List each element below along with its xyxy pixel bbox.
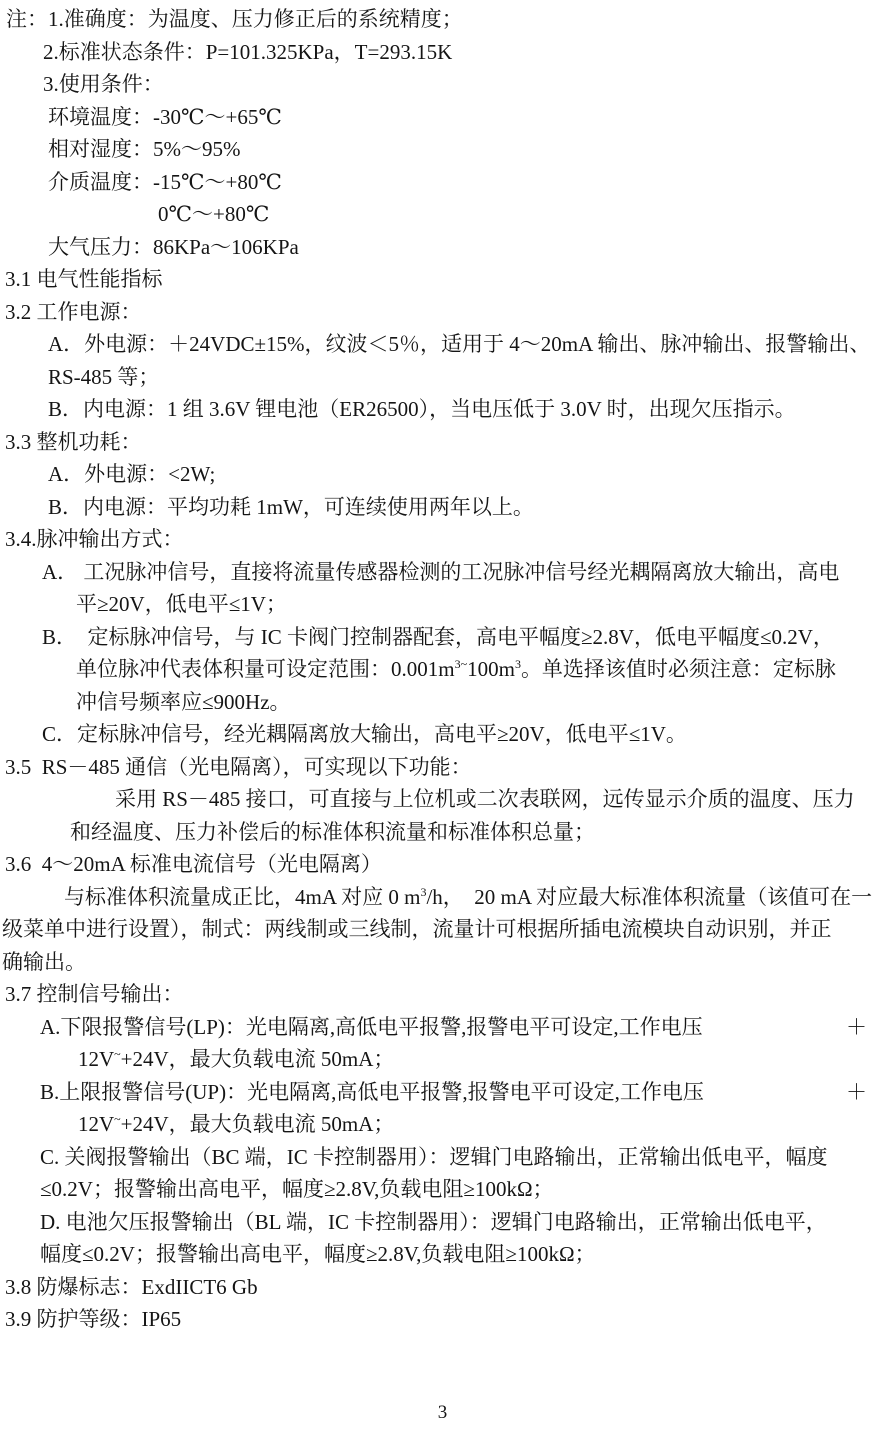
text-line: 3.5 RS－485 通信（光电隔离），可实现以下功能：: [0, 751, 879, 784]
text-run: A．外电源：＋24VDC±15%，纹波＜5％，适用于 4～20mA 输出、脉冲输…: [48, 332, 870, 356]
text-run: 单位脉冲代表体积量可设定范围：0.001m: [76, 657, 455, 681]
text-run: 12V: [78, 1047, 114, 1071]
text-run: A． 工况脉冲信号，直接将流量传感器检测的工况脉冲信号经光耦隔离放大输出，高电: [42, 560, 839, 584]
text-run: 3.2 工作电源：: [5, 300, 142, 324]
text-run: 采用 RS－485 接口，可直接与上位机或二次表联网，远传显示介质的温度、压力: [115, 787, 855, 811]
text-line: A． 工况脉冲信号，直接将流量传感器检测的工况脉冲信号经光耦隔离放大输出，高电: [0, 556, 879, 589]
text-run: RS-485 等；: [48, 365, 159, 389]
text-run: A．外电源：<2W;: [48, 462, 215, 486]
text-run: C．定标脉冲信号，经光耦隔离放大输出，高电平≥20V，低电平≤1V。: [42, 722, 687, 746]
text-line: 3.9 防护等级：IP65: [0, 1303, 879, 1336]
document-body: 注：1.准确度：为温度、压力修正后的系统精度；2.标准状态条件：P=101.32…: [0, 3, 879, 1336]
text-run: 3.3 整机功耗：: [5, 430, 142, 454]
text-line: B．内电源：1 组 3.6V 锂电池（ER26500），当电压低于 3.0V 时…: [0, 393, 879, 426]
text-line: B．内电源：平均功耗 1mW，可连续使用两年以上。: [0, 491, 879, 524]
text-run: 。单选择该值时必须注意：定标脉: [521, 657, 836, 681]
text-run: 3.9 防护等级：IP65: [5, 1307, 181, 1331]
text-line: 3.8 防爆标志：ExdIICT6 Gb: [0, 1271, 879, 1304]
text-line: 平≥20V，低电平≤1V；: [0, 588, 879, 621]
text-line: 3.6 4～20mA 标准电流信号（光电隔离）: [0, 848, 879, 881]
text-run: 3.8 防爆标志：ExdIICT6 Gb: [5, 1275, 258, 1299]
text-run: 3.使用条件：: [43, 72, 164, 96]
text-line: RS-485 等；: [0, 361, 879, 394]
text-run: 3.5 RS－485 通信（光电隔离），可实现以下功能：: [5, 755, 472, 779]
text-run: C. 关阀报警输出（BC 端，IC 卡控制器用）：逻辑门电路输出，正常输出低电平…: [40, 1145, 828, 1169]
text-line: 介质温度：-15℃～+80℃: [0, 166, 879, 199]
page-number: 3: [0, 1402, 885, 1424]
text-line: 与标准体积流量成正比，4mA 对应 0 m3/h， 20 mA 对应最大标准体积…: [0, 881, 879, 914]
text-line: 环境温度：-30℃～+65℃: [0, 101, 879, 134]
right-aligned-plus-sign: ＋: [846, 1076, 867, 1109]
text-run: 平≥20V，低电平≤1V；: [76, 592, 287, 616]
text-line: 幅度≤0.2V；报警输出高电平，幅度≥2.8V,负载电阻≥100kΩ；: [0, 1238, 879, 1271]
text-run: D. 电池欠压报警输出（BL 端，IC 卡控制器用）：逻辑门电路输出，正常输出低…: [40, 1210, 827, 1234]
text-line: A．外电源：＋24VDC±15%，纹波＜5％，适用于 4～20mA 输出、脉冲输…: [0, 328, 879, 361]
text-line: B.上限报警信号(UP)：光电隔离,高低电平报警,报警电平可设定,工作电压＋: [0, 1076, 879, 1109]
text-line: A.下限报警信号(LP)：光电隔离,高低电平报警,报警电平可设定,工作电压＋: [0, 1011, 879, 1044]
text-run: +24V，最大负载电流 50mA；: [121, 1047, 395, 1071]
text-line: 级菜单中进行设置），制式：两线制或三线制，流量计可根据所插电流模块自动识别，并正: [0, 913, 879, 946]
text-line: 和经温度、压力补偿后的标准体积流量和标准体积总量；: [0, 816, 879, 849]
text-line: ≤0.2V；报警输出高电平，幅度≥2.8V,负载电阻≥100kΩ；: [0, 1173, 879, 1206]
text-line: 采用 RS－485 接口，可直接与上位机或二次表联网，远传显示介质的温度、压力: [0, 783, 879, 816]
text-run: 确输出。: [2, 950, 86, 974]
text-run: 注：1.准确度：为温度、压力修正后的系统精度；: [6, 7, 463, 31]
text-line: C．定标脉冲信号，经光耦隔离放大输出，高电平≥20V，低电平≤1V。: [0, 718, 879, 751]
text-line: D. 电池欠压报警输出（BL 端，IC 卡控制器用）：逻辑门电路输出，正常输出低…: [0, 1206, 879, 1239]
text-run: 相对湿度：5%～95%: [48, 137, 241, 161]
text-run: 冲信号频率应≤900Hz。: [76, 690, 291, 714]
text-line: 3.4.脉冲输出方式：: [0, 523, 879, 556]
text-run: +24V，最大负载电流 50mA；: [121, 1112, 395, 1136]
text-run: 100m: [467, 657, 515, 681]
text-run: ≤0.2V；报警输出高电平，幅度≥2.8V,负载电阻≥100kΩ；: [40, 1177, 554, 1201]
text-line: 大气压力：86KPa～106KPa: [0, 231, 879, 264]
text-run: 0℃～+80℃: [158, 202, 269, 226]
text-run: 3.1 电气性能指标: [5, 267, 163, 291]
text-line: 3.3 整机功耗：: [0, 426, 879, 459]
text-line: 确输出。: [0, 946, 879, 979]
text-line: 相对湿度：5%～95%: [0, 133, 879, 166]
text-line: A．外电源：<2W;: [0, 458, 879, 491]
text-run: 3.7 控制信号输出：: [5, 982, 184, 1006]
text-run: B.上限报警信号(UP)：光电隔离,高低电平报警,报警电平可设定,工作电压: [40, 1080, 704, 1104]
text-run: 介质温度：-15℃～+80℃: [48, 170, 282, 194]
superscript-text: 3~: [455, 657, 468, 671]
text-line: 3.7 控制信号输出：: [0, 978, 879, 1011]
text-line: 3.使用条件：: [0, 68, 879, 101]
text-line: 3.2 工作电源：: [0, 296, 879, 329]
text-line: 注：1.准确度：为温度、压力修正后的系统精度；: [0, 3, 879, 36]
text-line: 12V~+24V，最大负载电流 50mA；: [0, 1108, 879, 1141]
right-aligned-plus-sign: ＋: [846, 1011, 867, 1044]
text-line: 12V~+24V，最大负载电流 50mA；: [0, 1043, 879, 1076]
text-run: 12V: [78, 1112, 114, 1136]
text-run: A.下限报警信号(LP)：光电隔离,高低电平报警,报警电平可设定,工作电压: [40, 1015, 703, 1039]
text-line: 冲信号频率应≤900Hz。: [0, 686, 879, 719]
text-run: 级菜单中进行设置），制式：两线制或三线制，流量计可根据所插电流模块自动识别，并正: [2, 917, 832, 941]
text-line: 0℃～+80℃: [0, 198, 879, 231]
text-run: /h， 20 mA 对应最大标准体积流量（该值可在一: [426, 885, 872, 909]
text-run: 与标准体积流量成正比，4mA 对应 0 m: [64, 885, 420, 909]
text-run: 3.4.脉冲输出方式：: [5, 527, 184, 551]
text-line: 3.1 电气性能指标: [0, 263, 879, 296]
text-line: B． 定标脉冲信号，与 IC 卡阀门控制器配套，高电平幅度≥2.8V，低电平幅度…: [0, 621, 879, 654]
text-run: B．内电源：平均功耗 1mW，可连续使用两年以上。: [48, 495, 534, 519]
text-line: 2.标准状态条件：P=101.325KPa，T=293.15K: [0, 36, 879, 69]
text-run: 2.标准状态条件：P=101.325KPa，T=293.15K: [43, 40, 452, 64]
text-run: 幅度≤0.2V；报警输出高电平，幅度≥2.8V,负载电阻≥100kΩ；: [40, 1242, 596, 1266]
text-run: B．内电源：1 组 3.6V 锂电池（ER26500），当电压低于 3.0V 时…: [48, 397, 796, 421]
text-run: 环境温度：-30℃～+65℃: [48, 105, 282, 129]
text-line: C. 关阀报警输出（BC 端，IC 卡控制器用）：逻辑门电路输出，正常输出低电平…: [0, 1141, 879, 1174]
text-run: 3.6 4～20mA 标准电流信号（光电隔离）: [5, 852, 382, 876]
text-line: 单位脉冲代表体积量可设定范围：0.001m3~100m3。单选择该值时必须注意：…: [0, 653, 879, 686]
text-run: 大气压力：86KPa～106KPa: [48, 235, 299, 259]
text-run: B． 定标脉冲信号，与 IC 卡阀门控制器配套，高电平幅度≥2.8V，低电平幅度…: [42, 625, 834, 649]
text-run: 和经温度、压力补偿后的标准体积流量和标准体积总量；: [70, 820, 595, 844]
document-page: 注：1.准确度：为温度、压力修正后的系统精度；2.标准状态条件：P=101.32…: [0, 0, 885, 1436]
